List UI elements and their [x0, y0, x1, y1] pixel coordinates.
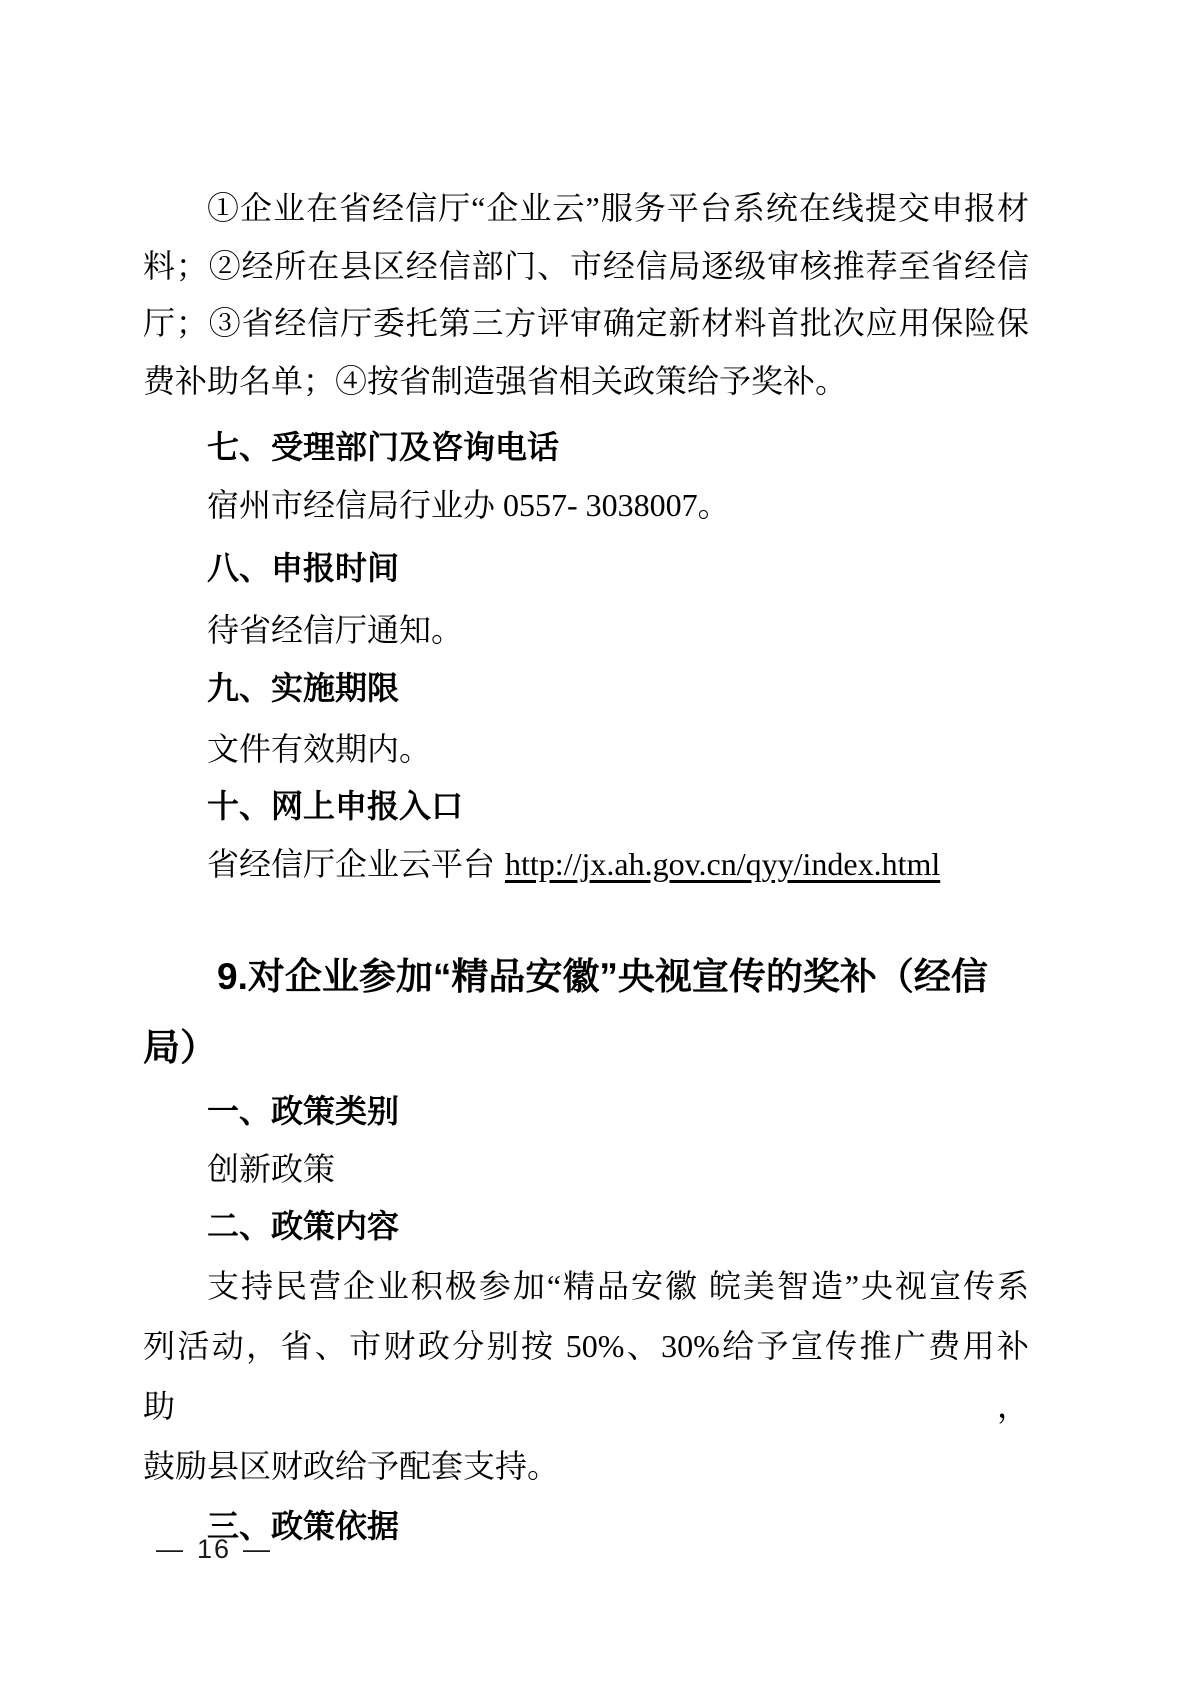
application-url-link[interactable]: http://jx.ah.gov.cn/qyy/index.html — [505, 846, 940, 882]
section7-body: 宿州市经信局行业办 0557- 3038007。 — [143, 477, 1029, 535]
section8-body: 待省经信厅通知。 — [143, 602, 1029, 660]
policy9-sub2-line: 支持民营企业积极参加“精品安徽 皖美智造”央视宣传系 — [143, 1256, 1029, 1316]
document-page: ①企业在省经信厅“企业云”服务平台系统在线提交申报材 料；②经所在县区经信部门、… — [0, 0, 1190, 1683]
section7-heading: 七、受理部门及咨询电话 — [143, 419, 1029, 477]
document-body: ①企业在省经信厅“企业云”服务平台系统在线提交申报材 料；②经所在县区经信部门、… — [143, 180, 1029, 1555]
footer-left-dash: — — [156, 1534, 185, 1564]
policy9-sub1-body: 创新政策 — [143, 1141, 1029, 1199]
section9-period-heading: 九、实施期限 — [143, 660, 1029, 718]
policy9-title-line2: 局） — [143, 1012, 1029, 1083]
section10-body: 省经信厅企业云平台http://jx.ah.gov.cn/qyy/index.h… — [143, 836, 1029, 894]
footer-page-number: 16 — [185, 1534, 243, 1564]
intro-paragraph-line: 费补助名单；④按省制造强省相关政策给予奖补。 — [143, 353, 1029, 411]
policy9-sub2-heading: 二、政策内容 — [143, 1198, 1029, 1256]
footer-right-dash: — — [243, 1534, 272, 1564]
section10-heading: 十、网上申报入口 — [143, 778, 1029, 836]
section9-period-body: 文件有效期内。 — [143, 721, 1029, 779]
intro-paragraph-line: 厅；③省经信厅委托第三方评审确定新材料首批次应用保险保 — [143, 295, 1029, 353]
policy9-sub2-line: 鼓励县区财政给予配套支持。 — [143, 1436, 1029, 1496]
policy9-title-line1: 9.对企业参加“精品安徽”央视宣传的奖补（经信 — [143, 941, 1029, 1012]
intro-paragraph-line: ①企业在省经信厅“企业云”服务平台系统在线提交申报材 — [143, 180, 1029, 238]
policy9-sub3-heading: 三、政策依据 — [143, 1498, 1029, 1556]
section8-heading: 八、申报时间 — [143, 540, 1029, 598]
page-number: —16— — [156, 1534, 272, 1565]
portal-label: 省经信厅企业云平台 — [207, 846, 495, 882]
intro-paragraph-line: 料；②经所在县区经信部门、市经信局逐级审核推荐至省经信 — [143, 238, 1029, 296]
policy9-sub1-heading: 一、政策类别 — [143, 1083, 1029, 1141]
policy9-sub2-line: 列活动，省、市财政分别按 50%、30%给予宣传推广费用补助， — [143, 1316, 1029, 1436]
